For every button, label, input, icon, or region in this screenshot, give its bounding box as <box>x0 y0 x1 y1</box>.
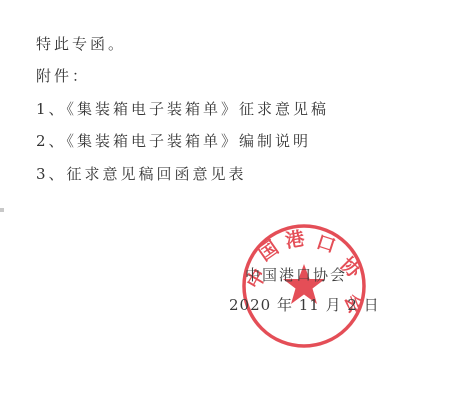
signature-date: 2020 年 11 月 2 日 <box>229 296 380 314</box>
attachment-item-3: 3、征求意见稿回函意见表 <box>36 165 247 183</box>
attachments-label: 附件： <box>36 67 90 85</box>
seal-char-3: 港 <box>284 227 307 253</box>
official-seal-icon: 中 国 港 口 协 会 <box>240 222 368 350</box>
signature-organization: 中国港口协会 <box>245 266 347 284</box>
closing-text: 特此专函。 <box>36 35 126 53</box>
attachment-item-1: 1、《集装箱电子装箱单》征求意见稿 <box>36 100 329 118</box>
attachment-item-2: 2、《集装箱电子装箱单》编制说明 <box>36 132 311 150</box>
seal-char-4: 口 <box>313 231 338 258</box>
seal-char-2: 国 <box>254 237 282 266</box>
scan-mark <box>0 208 4 212</box>
